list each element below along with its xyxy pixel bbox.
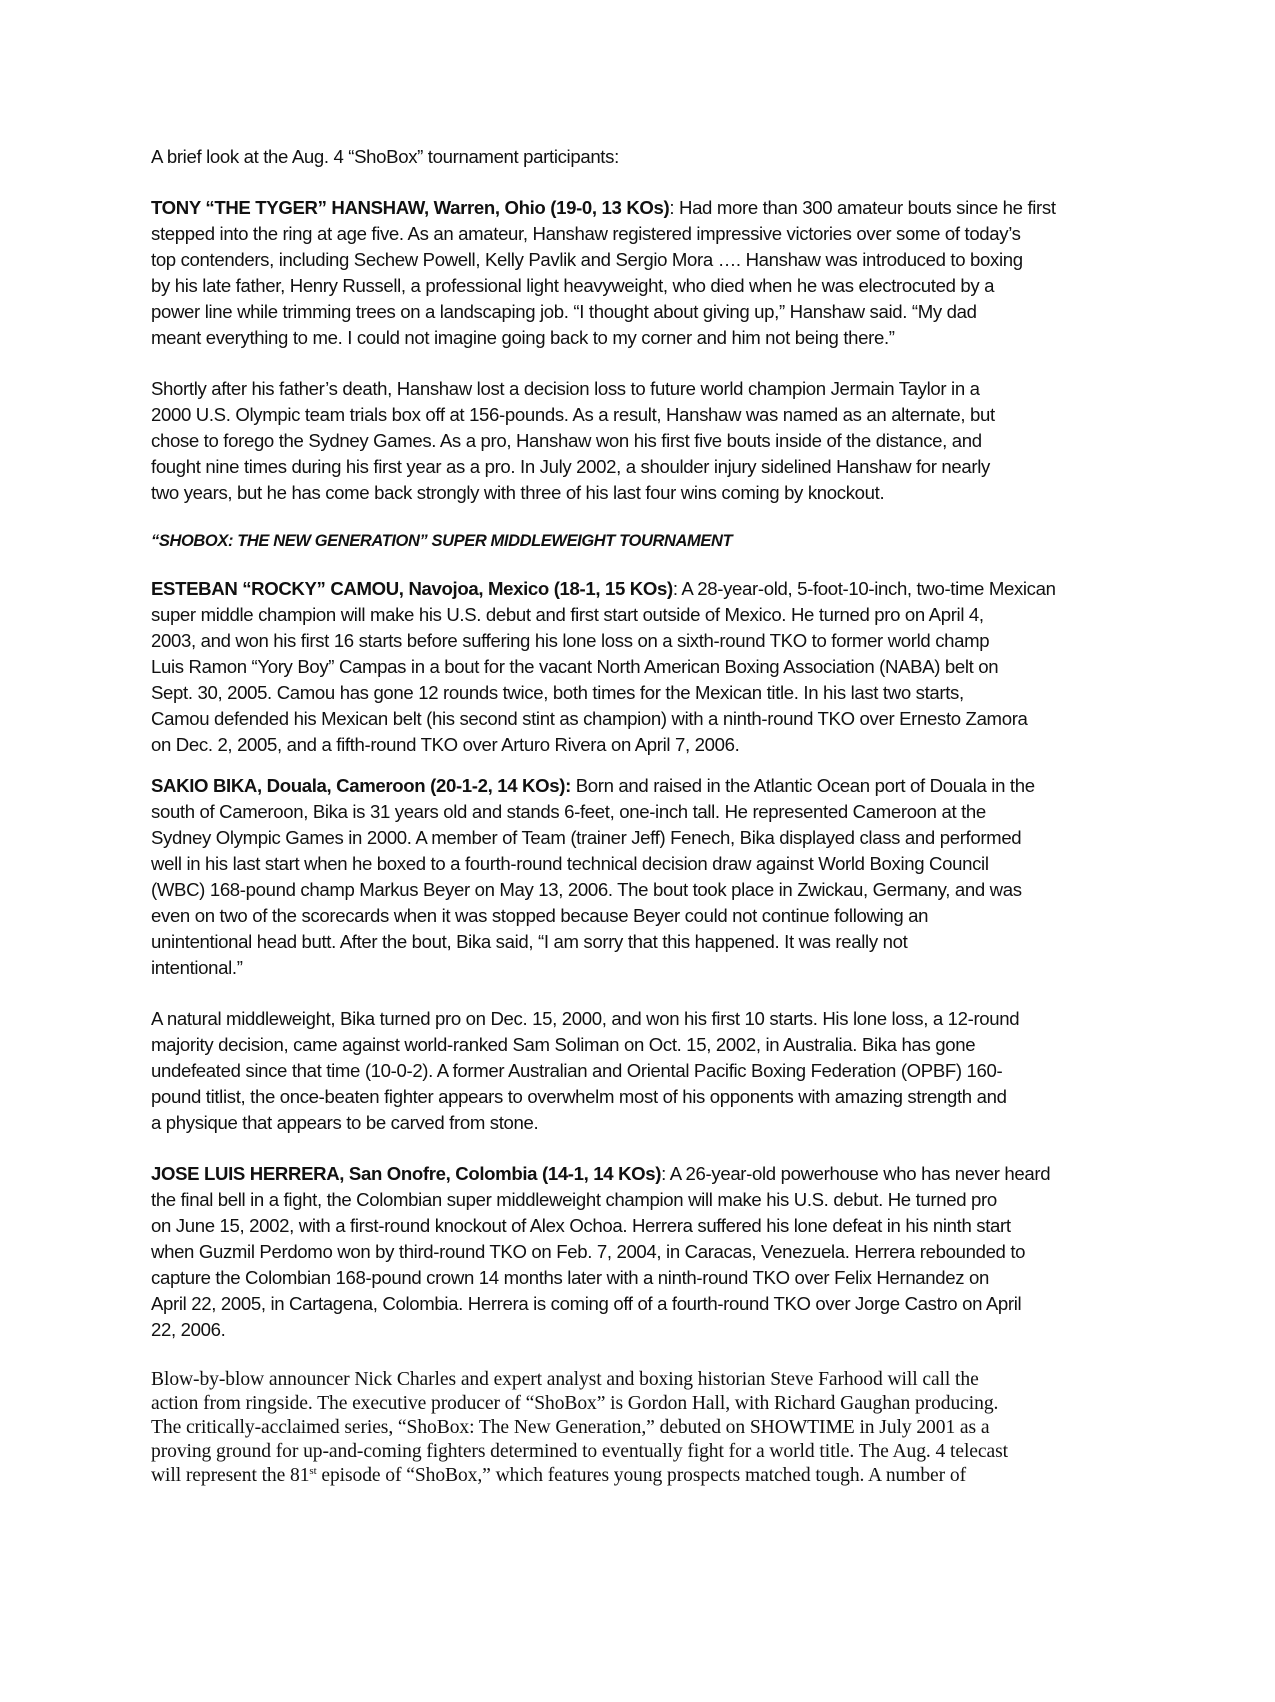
section-title: “SHOBOX: THE NEW GENERATION” SUPER MIDDL…	[151, 530, 732, 552]
hanshaw-para2-line: 2000 U.S. Olympic team trials box off at…	[151, 404, 995, 426]
camou-line: Luis Ramon “Yory Boy” Campas in a bout f…	[151, 656, 998, 678]
bika-first-line: SAKIO BIKA, Douala, Cameroon (20-1-2, 14…	[151, 775, 1035, 797]
ordinal-superscript: st	[309, 1465, 316, 1477]
bika-para2-line: A natural middleweight, Bika turned pro …	[151, 1008, 1019, 1030]
document-page: A brief look at the Aug. 4 “ShoBox” tour…	[0, 0, 1275, 1702]
herrera-line: the final bell in a fight, the Colombian…	[151, 1189, 997, 1211]
bika-para2-line: pound titlist, the once-beaten fighter a…	[151, 1086, 1007, 1108]
hanshaw-line: power line while trimming trees on a lan…	[151, 301, 977, 323]
hanshaw-line: meant everything to me. I could not imag…	[151, 327, 895, 349]
bika-para2-line: undefeated since that time (10-0-2). A f…	[151, 1060, 1002, 1082]
herrera-line: on June 15, 2002, with a first-round kno…	[151, 1215, 1011, 1237]
hanshaw-para2-line: two years, but he has come back strongly…	[151, 482, 884, 504]
camou-line: on Dec. 2, 2005, and a fifth-round TKO o…	[151, 734, 739, 756]
camou-first-line: ESTEBAN “ROCKY” CAMOU, Navojoa, Mexico (…	[151, 578, 1056, 600]
herrera-line: April 22, 2005, in Cartagena, Colombia. …	[151, 1293, 1021, 1315]
camou-line: super middle champion will make his U.S.…	[151, 604, 984, 626]
hanshaw-heading: TONY “THE TYGER” HANSHAW, Warren, Ohio (…	[151, 197, 669, 218]
camou-heading: ESTEBAN “ROCKY” CAMOU, Navojoa, Mexico (…	[151, 578, 673, 599]
herrera-line: 22, 2006.	[151, 1319, 225, 1341]
bika-line: south of Cameroon, Bika is 31 years old …	[151, 801, 986, 823]
bika-line: Sydney Olympic Games in 2000. A member o…	[151, 827, 1021, 849]
bika-line: well in his last start when he boxed to …	[151, 853, 989, 875]
herrera-line: capture the Colombian 168-pound crown 14…	[151, 1267, 989, 1289]
camou-line: Sept. 30, 2005. Camou has gone 12 rounds…	[151, 682, 964, 704]
closing-line: The critically-acclaimed series, “ShoBox…	[151, 1417, 989, 1439]
hanshaw-first-line: TONY “THE TYGER” HANSHAW, Warren, Ohio (…	[151, 197, 1056, 219]
hanshaw-line: top contenders, including Sechew Powell,…	[151, 249, 1023, 271]
closing-line: action from ringside. The executive prod…	[151, 1393, 998, 1415]
herrera-first-line: JOSE LUIS HERRERA, San Onofre, Colombia …	[151, 1163, 1050, 1185]
camou-line: Camou defended his Mexican belt (his sec…	[151, 708, 1028, 730]
bika-line: even on two of the scorecards when it wa…	[151, 905, 928, 927]
hanshaw-para2-line: fought nine times during his first year …	[151, 456, 990, 478]
closing-line: Blow-by-blow announcer Nick Charles and …	[151, 1369, 979, 1391]
herrera-heading: JOSE LUIS HERRERA, San Onofre, Colombia …	[151, 1163, 661, 1184]
bika-line: intentional.”	[151, 957, 243, 979]
hanshaw-line: by his late father, Henry Russell, a pro…	[151, 275, 994, 297]
bika-line: (WBC) 168-pound champ Markus Beyer on Ma…	[151, 879, 1022, 901]
hanshaw-para2-line: Shortly after his father’s death, Hansha…	[151, 378, 980, 400]
bika-para2-line: a physique that appears to be carved fro…	[151, 1112, 538, 1134]
camou-line: 2003, and won his first 16 starts before…	[151, 630, 989, 652]
bika-heading: SAKIO BIKA, Douala, Cameroon (20-1-2, 14…	[151, 775, 571, 796]
herrera-line: when Guzmil Perdomo won by third-round T…	[151, 1241, 1025, 1263]
hanshaw-line: stepped into the ring at age five. As an…	[151, 223, 1021, 245]
intro-line: A brief look at the Aug. 4 “ShoBox” tour…	[151, 146, 619, 168]
closing-line: proving ground for up-and-coming fighter…	[151, 1441, 1008, 1463]
bika-line: unintentional head butt. After the bout,…	[151, 931, 907, 953]
hanshaw-para2-line: chose to forego the Sydney Games. As a p…	[151, 430, 982, 452]
bika-para2-line: majority decision, came against world-ra…	[151, 1034, 975, 1056]
closing-last-line: will represent the 81st episode of “ShoB…	[151, 1465, 966, 1487]
